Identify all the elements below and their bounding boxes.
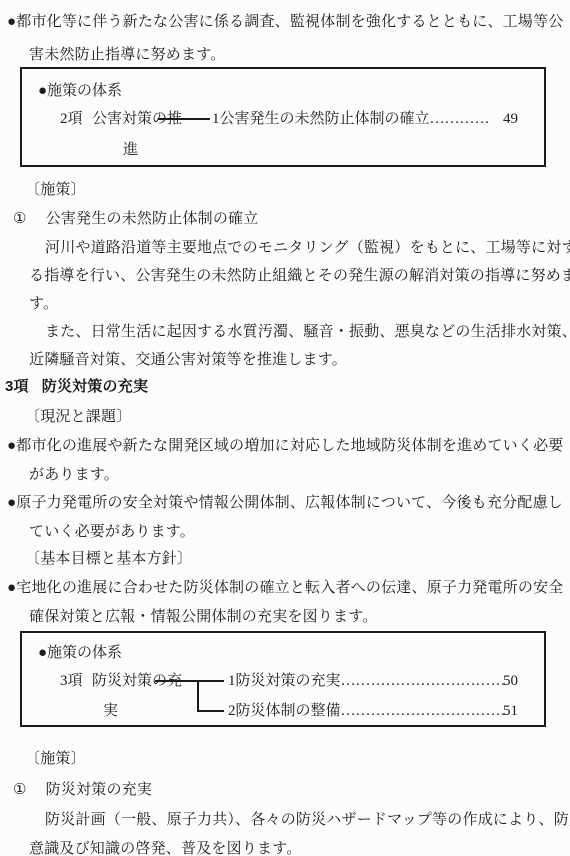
- section-3-heading: 3項防災対策の充実: [5, 377, 148, 397]
- toc-page-number: 51: [503, 701, 518, 721]
- genkyo-bullet-1-line-1: ●都市化の進展や新たな開発区域の増加に対応した地域防災体制を進めていく必要: [7, 436, 563, 456]
- kihon-bullet-1-line-2: 確保対策と広報・情報公開体制の充実を図ります。: [29, 607, 377, 627]
- policy-system-box-2: ●施策の体系 3項 防災対策の充 実 1防災対策の充実…………………………… 5…: [20, 631, 546, 727]
- measure-item-2-title: 防災対策の充実: [46, 782, 152, 798]
- measure-2-para-1-line-1: 防災計画（一般、原子力共）、各々の防災ハザードマップ等の作成により、防災: [45, 810, 570, 830]
- tree-child-entry: 1防災対策の充実……………………………: [228, 671, 506, 691]
- intro-bullet-line-2: 害未然防止指導に努めます。: [29, 45, 225, 65]
- measure-2-para-1-line-2: 意識及び知識の啓発、普及を図ります。: [29, 839, 301, 856]
- tree-node-label-line-2: 進: [123, 140, 138, 160]
- measure-1-para-1-line-3: す。: [29, 294, 58, 314]
- tree-child-entry: 1公害発生の未然防止体制の確立…………: [212, 109, 490, 129]
- section-3-number: 3項: [5, 378, 29, 395]
- toc-page-number: 49: [503, 109, 518, 129]
- tree-child-entry: 2防災体制の整備……………………………: [228, 701, 506, 721]
- measure-1-para-1-line-1: 河川や道路沿道等主要地点でのモニタリング（監視）をもとに、工場等に対す: [45, 238, 570, 258]
- section-3-title: 防災対策の充実: [42, 378, 148, 395]
- tree-child-label: 1公害発生の未然防止体制の確立: [212, 111, 430, 127]
- measures-header-1: 〔施策〕: [25, 180, 86, 200]
- measure-item-1-title: 公害発生の未然防止体制の確立: [46, 211, 259, 227]
- tree-connector-vertical: [197, 680, 199, 711]
- policy-system-box-1: ●施策の体系 2項 公害対策の推 進 1公害発生の未然防止体制の確立………… 4…: [20, 67, 546, 167]
- toc-leader-dots: ……………………………: [341, 673, 506, 689]
- measure-1-para-2-line-2: 近隣騒音対策、交通公害対策等を推進します。: [29, 350, 347, 370]
- measure-1-para-1-line-2: る指導を行い、公害発生の未然防止組織とその発生源の解消対策の指導に努めま: [29, 266, 570, 286]
- measure-1-para-2-line-1: また、日常生活に起因する水質汚濁、騒音・振動、悪臭などの生活排水対策、: [45, 322, 570, 342]
- tree-connector-branch-1: [155, 680, 224, 682]
- toc-page-number: 50: [503, 671, 518, 691]
- scanned-document-page: ●都市化等に伴う新たな公害に係る調査、監視体制を強化するとともに、工場等公 害未…: [0, 0, 570, 856]
- genkyo-bullet-1-line-2: があります。: [29, 465, 119, 485]
- kihon-header: 〔基本目標と基本方針〕: [25, 549, 192, 569]
- measure-item-2: ①防災対策の充実: [13, 780, 152, 800]
- system-box-title: ●施策の体系: [38, 643, 122, 663]
- system-box-title: ●施策の体系: [38, 81, 122, 101]
- genkyo-bullet-2-line-2: ていく必要があります。: [29, 522, 195, 542]
- toc-leader-dots: ……………………………: [341, 703, 506, 719]
- toc-leader-dots: …………: [430, 111, 490, 127]
- genkyo-header: 〔現況と課題〕: [25, 407, 131, 427]
- measure-item-1: ①公害発生の未然防止体制の確立: [13, 209, 258, 229]
- genkyo-bullet-2-line-1: ●原子力発電所の安全対策や情報公開体制、広報体制について、今後も充分配慮し: [7, 493, 563, 513]
- tree-node-number: 3項: [60, 671, 83, 691]
- tree-node-label-line-2: 実: [103, 701, 118, 721]
- tree-connector-branch-2: [197, 710, 224, 712]
- kihon-bullet-1-line-1: ●宅地化の進展に合わせた防災体制の確立と転入者への伝達、原子力発電所の安全: [7, 578, 563, 598]
- tree-connector-line: [158, 118, 210, 120]
- measures-header-2: 〔施策〕: [25, 749, 86, 769]
- tree-child-label: 1防災対策の充実: [228, 673, 341, 689]
- circled-number-1: ①: [13, 211, 27, 227]
- intro-bullet-line-1: ●都市化等に伴う新たな公害に係る調査、監視体制を強化するとともに、工場等公: [7, 12, 563, 32]
- tree-node-number: 2項: [60, 109, 83, 129]
- circled-number-1: ①: [13, 782, 27, 798]
- tree-child-label: 2防災体制の整備: [228, 703, 341, 719]
